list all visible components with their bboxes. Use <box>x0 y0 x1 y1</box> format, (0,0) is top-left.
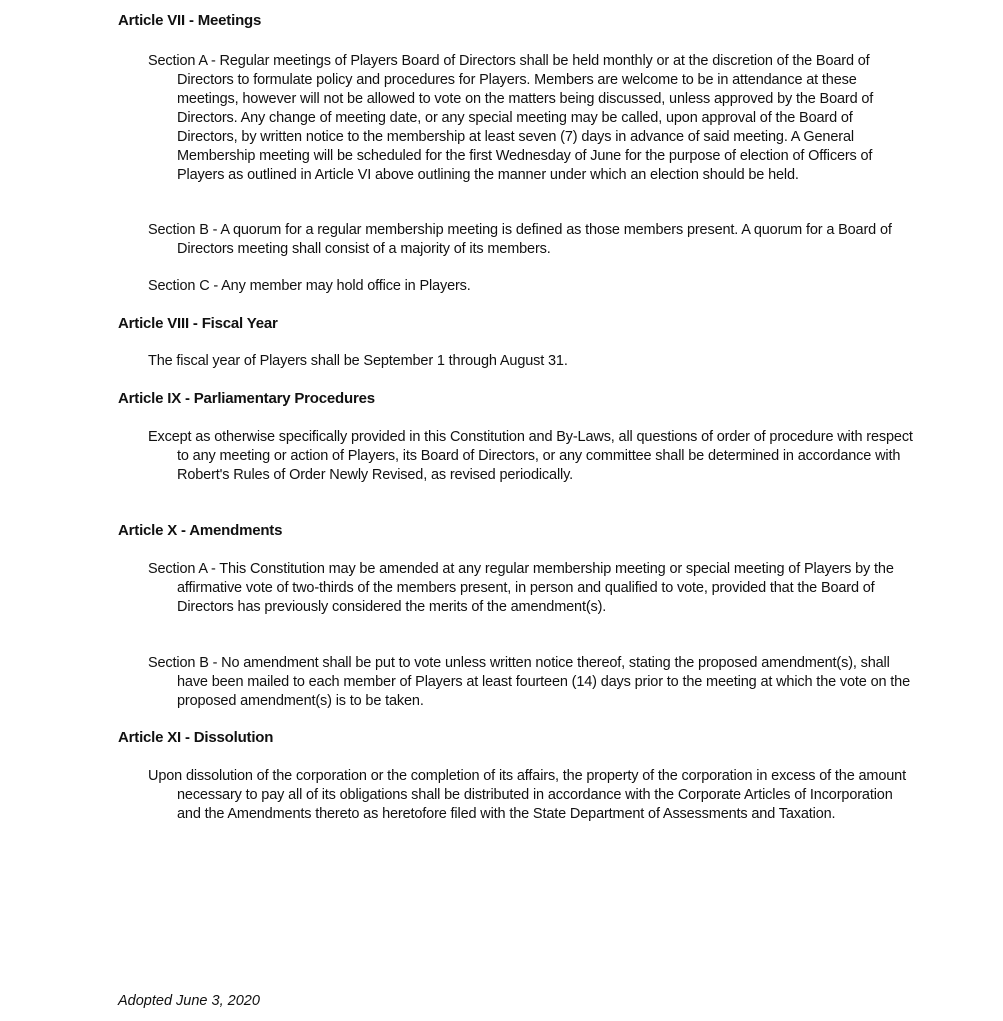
article-xi-body: Upon dissolution of the corporation or t… <box>148 767 917 824</box>
article-vii-section-b: Section B - A quorum for a regular membe… <box>148 221 917 259</box>
article-viii-heading: Article VIII - Fiscal Year <box>118 315 278 332</box>
article-ix-heading: Article IX - Parliamentary Procedures <box>118 390 375 407</box>
article-vii-heading: Article VII - Meetings <box>118 12 261 29</box>
article-xi-heading: Article XI - Dissolution <box>118 729 273 746</box>
article-x-section-a: Section A - This Constitution may be ame… <box>148 560 917 617</box>
article-vii-section-a: Section A - Regular meetings of Players … <box>148 52 917 185</box>
article-vii-section-c: Section C - Any member may hold office i… <box>148 277 917 296</box>
article-x-heading: Article X - Amendments <box>118 522 282 539</box>
article-ix-body: Except as otherwise specifically provide… <box>148 428 917 485</box>
adopted-date: Adopted June 3, 2020 <box>118 993 260 1009</box>
article-viii-body: The fiscal year of Players shall be Sept… <box>148 352 917 371</box>
article-x-section-b: Section B - No amendment shall be put to… <box>148 654 917 711</box>
